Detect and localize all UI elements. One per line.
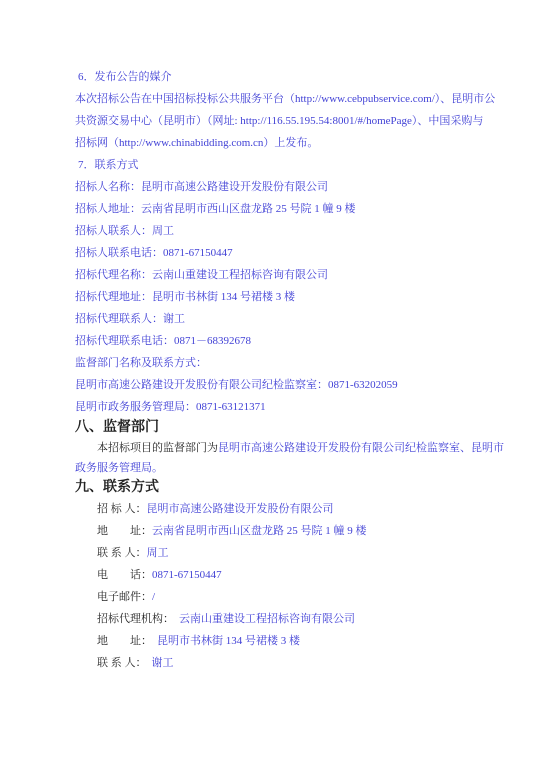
tenderer-address-row: 地 址：云南省昆明市西山区盘龙路 25 号院 1 幢 9 楼 [75, 520, 509, 542]
tenderer-email-label: 电子邮件： [97, 591, 152, 603]
section6-paragraph-line: 共资源交易中心（昆明市）（网址: http://116.55.195.54:80… [75, 110, 509, 132]
tenderer-name-line: 招标人名称：昆明市高速公路建设开发股份有限公司 [75, 176, 509, 198]
tenderer-contact-value: 周工 [147, 547, 169, 559]
supervision-contact-line: 昆明市高速公路建设开发股份有限公司纪检监察室：0871-63202059 [75, 374, 509, 396]
tenderer-phone-value: 0871-67150447 [152, 569, 222, 581]
agency-address-label: 地 址： [97, 635, 152, 647]
section6-paragraph-line: 本次招标公告在中国招标投标公共服务平台（http://www.cebpubser… [75, 88, 509, 110]
tenderer-phone-line: 招标人联系电话：0871-67150447 [75, 242, 509, 264]
section6-paragraph-line: 招标网（http://www.chinabidding.com.cn）上发布。 [75, 132, 509, 154]
agency-address-row: 地 址：昆明市书林街 134 号裙楼 3 楼 [75, 630, 509, 652]
tenderer-address-value: 云南省昆明市西山区盘龙路 25 号院 1 幢 9 楼 [152, 525, 367, 537]
tenderer-phone-label: 电 话： [97, 569, 152, 581]
tenderer-name-value: 昆明市高速公路建设开发股份有限公司 [147, 503, 334, 515]
agency-contact-line: 招标代理联系人：谢工 [75, 308, 509, 330]
agency-address-line: 招标代理地址：昆明市书林街 134 号裙楼 3 楼 [75, 286, 509, 308]
tenderer-contact-line: 招标人联系人：周工 [75, 220, 509, 242]
supervision-contact-line: 昆明市政务服务管理局：0871-63121371 [75, 396, 509, 418]
tenderer-name-label: 招 标 人： [97, 503, 147, 515]
section8-heading: 八、监督部门 [75, 418, 509, 438]
agency-contact-label: 联 系 人： [97, 657, 147, 669]
tenderer-email-row: 电子邮件：/ [75, 586, 509, 608]
agency-phone-line: 招标代理联系电话：0871－68392678 [75, 330, 509, 352]
section7-heading: 7．联系方式 [75, 154, 509, 176]
agency-contact-row: 联 系 人：谢工 [75, 652, 509, 674]
supervision-contacts-heading: 监督部门名称及联系方式： [75, 352, 509, 374]
section8-paragraph-black-run: 本招标项目的监督部门为 [97, 442, 218, 454]
document-body: 6．发布公告的媒介 本次招标公告在中国招标投标公共服务平台（http://www… [0, 0, 554, 674]
agency-name-row: 招标代理机构：云南山重建设工程招标咨询有限公司 [75, 608, 509, 630]
agency-name-label: 招标代理机构： [97, 613, 174, 625]
section8-paragraph: 本招标项目的监督部门为昆明市高速公路建设开发股份有限公司纪检监察室、昆明市政务服… [75, 438, 509, 478]
tenderer-contact-row: 联 系 人：周工 [75, 542, 509, 564]
tenderer-contact-label: 联 系 人： [97, 547, 147, 559]
agency-address-value: 昆明市书林街 134 号裙楼 3 楼 [157, 635, 300, 647]
document-page: 6．发布公告的媒介 本次招标公告在中国招标投标公共服务平台（http://www… [0, 0, 554, 783]
agency-name-value: 云南山重建设工程招标咨询有限公司 [179, 613, 355, 625]
section6-heading: 6．发布公告的媒介 [75, 66, 509, 88]
section9-heading: 九、联系方式 [75, 478, 509, 498]
tenderer-address-line: 招标人地址：云南省昆明市西山区盘龙路 25 号院 1 幢 9 楼 [75, 198, 509, 220]
tenderer-address-label: 地 址： [97, 525, 152, 537]
agency-contact-value: 谢工 [152, 657, 174, 669]
agency-name-line: 招标代理名称：云南山重建设工程招标咨询有限公司 [75, 264, 509, 286]
tenderer-phone-row: 电 话：0871-67150447 [75, 564, 509, 586]
tenderer-name-row: 招 标 人：昆明市高速公路建设开发股份有限公司 [75, 498, 509, 520]
tenderer-email-value: / [152, 591, 155, 603]
